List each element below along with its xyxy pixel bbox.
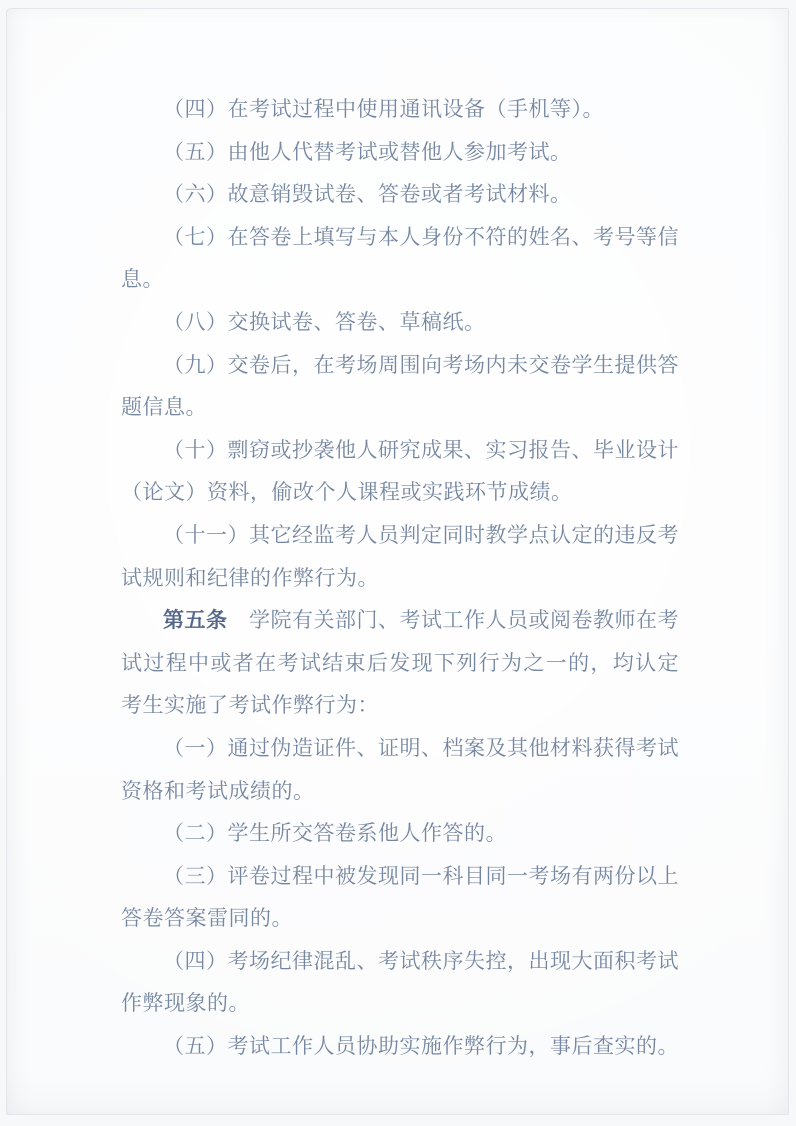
list-item-text: （五）由他人代替考试或替他人参加考试。 <box>163 140 572 164</box>
list-item-text: （八）交换试卷、答卷、草稿纸。 <box>163 310 486 334</box>
list-item-text: （九）交卷后，在考场周围向考场内未交卷学生提供答题信息。 <box>121 353 679 420</box>
list-item-text: （四）考场纪律混乱、考试秩序失控，出现大面积考试作弊现象的。 <box>121 949 679 1016</box>
list-item-text: （七）在答卷上填写与本人身份不符的姓名、考号等信息。 <box>121 225 679 292</box>
list-item-6: （六）故意销毁试卷、答卷或者考试材料。 <box>121 173 679 216</box>
list-item-10: （十）剽窃或抄袭他人研究成果、实习报告、毕业设计（论文）资料，偷改个人课程或实践… <box>121 429 679 514</box>
list-item-4b: （四）考场纪律混乱、考试秩序失控，出现大面积考试作弊现象的。 <box>121 940 679 1025</box>
list-item-3: （三）评卷过程中被发现同一科目同一考场有两份以上答卷答案雷同的。 <box>121 855 679 940</box>
list-item-1: （一）通过伪造证件、证明、档案及其他材料获得考试资格和考试成绩的。 <box>121 727 679 812</box>
list-item-9: （九）交卷后，在考场周围向考场内未交卷学生提供答题信息。 <box>121 344 679 429</box>
list-item-text: （一）通过伪造证件、证明、档案及其他材料获得考试资格和考试成绩的。 <box>121 736 679 803</box>
list-item-11: （十一）其它经监考人员判定同时教学点认定的违反考试规则和纪律的作弊行为。 <box>121 514 679 599</box>
list-item-5: （五）由他人代替考试或替他人参加考试。 <box>121 131 679 174</box>
list-item-5b: （五）考试工作人员协助实施作弊行为，事后查实的。 <box>121 1025 679 1068</box>
list-item-text: （十一）其它经监考人员判定同时教学点认定的违反考试规则和纪律的作弊行为。 <box>121 523 679 590</box>
document-body-text: （四）在考试过程中使用通讯设备（手机等）。 （五）由他人代替考试或替他人参加考试… <box>121 88 679 1068</box>
list-item-text: （五）考试工作人员协助实施作弊行为，事后查实的。 <box>163 1034 679 1058</box>
list-item-8: （八）交换试卷、答卷、草稿纸。 <box>121 301 679 344</box>
list-item-4: （四）在考试过程中使用通讯设备（手机等）。 <box>121 88 679 131</box>
list-item-text: （二）学生所交答卷系他人作答的。 <box>163 821 507 845</box>
article-number: 第五条 <box>163 608 228 632</box>
list-item-text: （六）故意销毁试卷、答卷或者考试材料。 <box>163 182 572 206</box>
list-item-text: （十）剽窃或抄袭他人研究成果、实习报告、毕业设计（论文）资料，偷改个人课程或实践… <box>121 438 679 505</box>
list-item-7: （七）在答卷上填写与本人身份不符的姓名、考号等信息。 <box>121 216 679 301</box>
scanned-document-page: （四）在考试过程中使用通讯设备（手机等）。 （五）由他人代替考试或替他人参加考试… <box>0 0 796 1126</box>
list-item-text: （四）在考试过程中使用通讯设备（手机等）。 <box>163 97 604 121</box>
list-item-2: （二）学生所交答卷系他人作答的。 <box>121 812 679 855</box>
article-5-paragraph: 第五条 学院有关部门、考试工作人员或阅卷教师在考试过程中或者在考试结束后发现下列… <box>121 599 679 727</box>
list-item-text: （三）评卷过程中被发现同一科目同一考场有两份以上答卷答案雷同的。 <box>121 864 679 931</box>
